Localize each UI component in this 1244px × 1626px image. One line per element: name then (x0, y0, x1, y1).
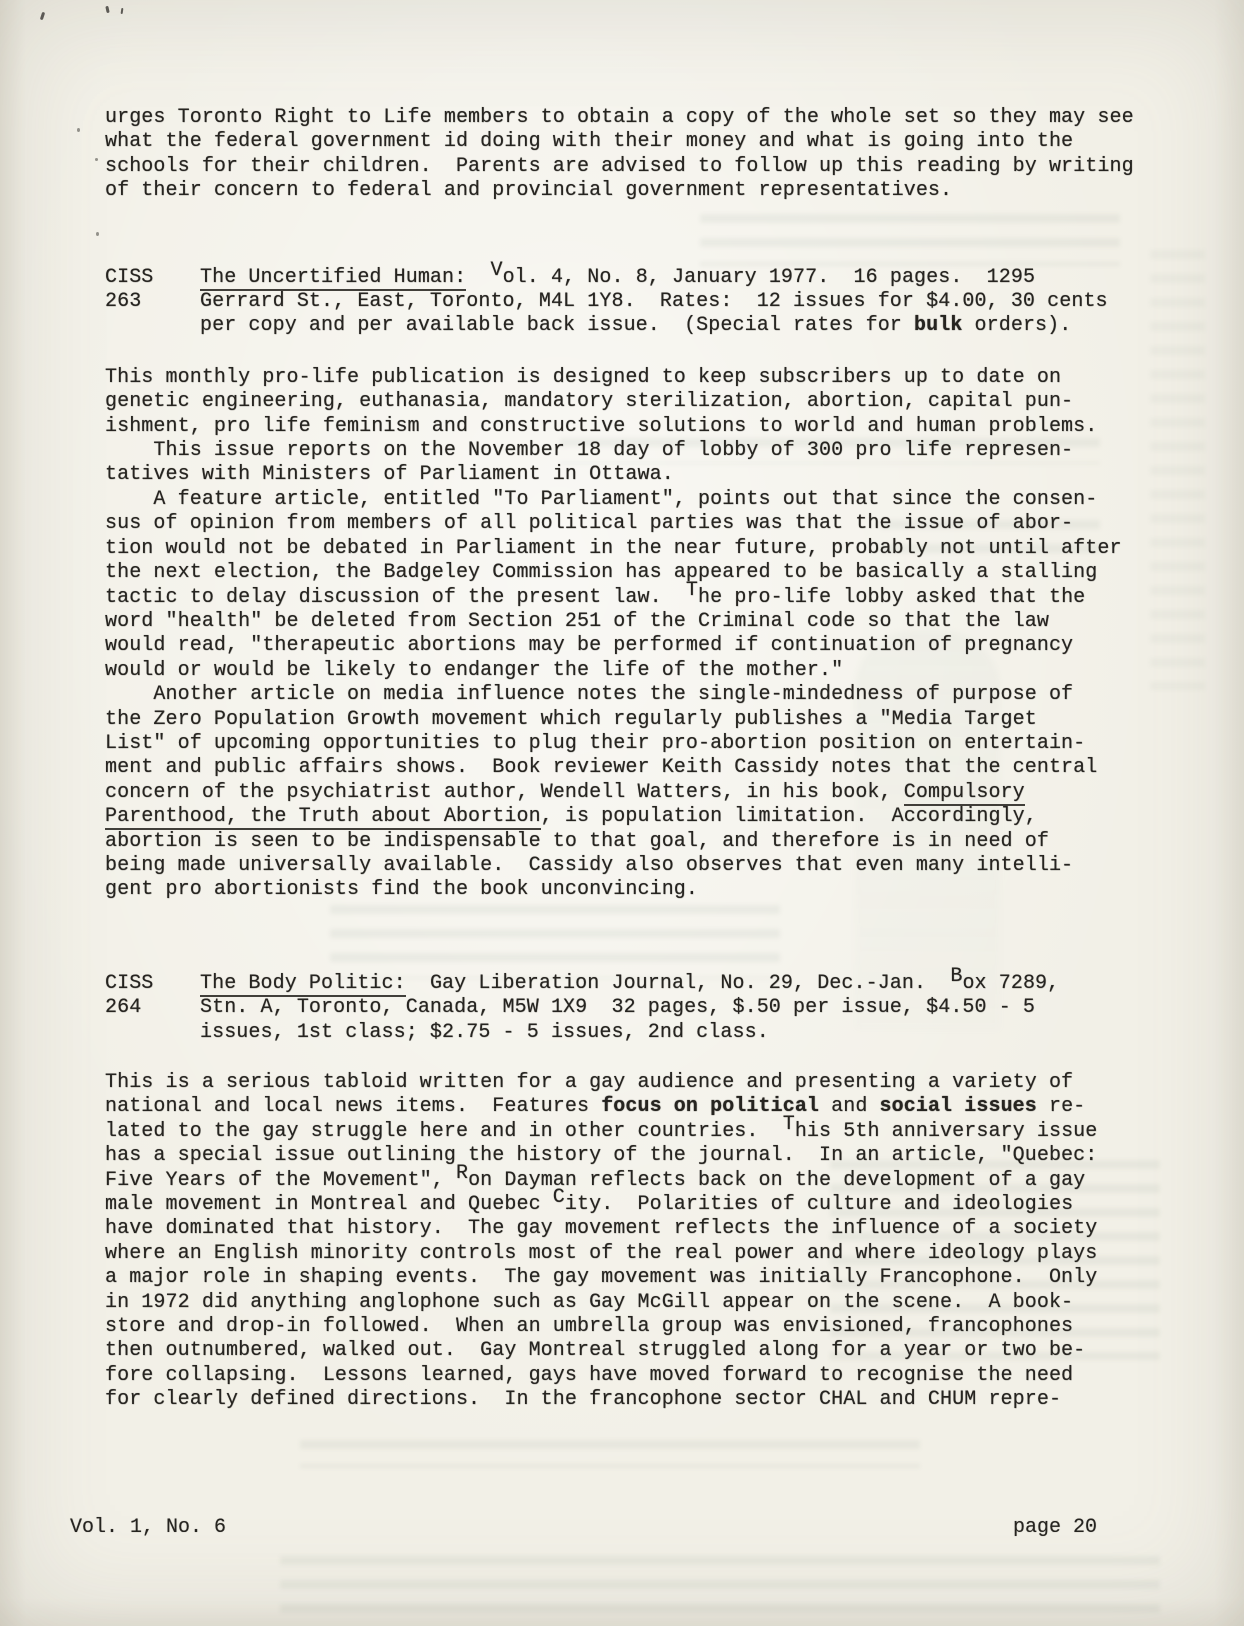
page-body: urges Toronto Right to Life members to o… (105, 106, 1150, 1413)
intro-paragraph: urges Toronto Right to Life members to o… (105, 106, 1150, 204)
entry-code-prefix: CISS (105, 972, 200, 996)
scan-speck (121, 8, 124, 14)
text-line: have dominated that history. The gay mov… (105, 1217, 1150, 1241)
text-line: ishment, pro life feminism and construct… (105, 415, 1150, 439)
text-line: tatives with Ministers of Parliament in … (105, 463, 1150, 487)
text-line: The Body Politic: Gay Liberation Journal… (200, 972, 1059, 996)
page-footer: Vol. 1, No. 6 page 20 (70, 1516, 1097, 1540)
bleed-through-artifact (300, 1440, 920, 1468)
text-line: in 1972 did anything anglophone such as … (105, 1291, 1150, 1315)
paragraph: A feature article, entitled "To Parliame… (105, 488, 1150, 683)
text-line: Parenthood, the Truth about Abortion, is… (105, 805, 1150, 829)
footer-page-number: page 20 (1013, 1516, 1097, 1540)
scanned-document-page: urges Toronto Right to Life members to o… (0, 0, 1244, 1626)
text-line: would read, "therapeutic abortions may b… (105, 634, 1150, 658)
text-line: what the federal government id doing wit… (105, 130, 1150, 154)
text-line: schools for their children. Parents are … (105, 155, 1150, 179)
entry-code-number: 264 (105, 996, 200, 1020)
text-line: store and drop-in followed. When an umbr… (105, 1315, 1150, 1339)
text-line: concern of the psychiatrist author, Wend… (105, 781, 1150, 805)
text-line: This issue reports on the November 18 da… (105, 439, 1150, 463)
entry-ciss-263: CISS 263 The Uncertified Human: Vol. 4, … (105, 266, 1150, 339)
text-line: would or would be likely to endanger the… (105, 659, 1150, 683)
text-line: the next election, the Badgeley Commissi… (105, 561, 1150, 585)
bleed-through-artifact (1150, 250, 1205, 690)
paragraph: This monthly pro-life publication is des… (105, 366, 1150, 439)
entry-citation: The Body Politic: Gay Liberation Journal… (200, 972, 1059, 1045)
text-line: genetic engineering, euthanasia, mandato… (105, 390, 1150, 414)
text-line: a major role in shaping events. The gay … (105, 1266, 1150, 1290)
text-line: This monthly pro-life publication is des… (105, 366, 1150, 390)
text-line: Another article on media influence notes… (105, 683, 1150, 707)
text-line: tion would not be debated in Parliament … (105, 537, 1150, 561)
text-line: word "health" be deleted from Section 25… (105, 610, 1150, 634)
review-ciss-264: This is a serious tabloid written for a … (105, 1071, 1150, 1413)
text-line: per copy and per available back issue. (… (200, 314, 1108, 338)
scan-speck (40, 12, 45, 21)
text-line: where an English minority controls most … (105, 1242, 1150, 1266)
text-line: This is a serious tabloid written for a … (105, 1071, 1150, 1095)
text-line: urges Toronto Right to Life members to o… (105, 106, 1150, 130)
footer-volume-label: Vol. 1, No. 6 (70, 1516, 226, 1540)
paragraph: This is a serious tabloid written for a … (105, 1071, 1150, 1413)
text-line: then outnumbered, walked out. Gay Montre… (105, 1339, 1150, 1363)
scan-speck (105, 6, 109, 13)
text-line: being made universally available. Cassid… (105, 854, 1150, 878)
text-line: fore collapsing. Lessons learned, gays h… (105, 1364, 1150, 1388)
paragraph: This issue reports on the November 18 da… (105, 439, 1150, 488)
text-line: A feature article, entitled "To Parliame… (105, 488, 1150, 512)
paragraph: Another article on media influence notes… (105, 683, 1150, 903)
text-line: List" of upcoming opportunities to plug … (105, 732, 1150, 756)
text-line: ment and public affairs shows. Book revi… (105, 756, 1150, 780)
text-line: abortion is seen to be indispensable to … (105, 830, 1150, 854)
text-line: tactic to delay discussion of the presen… (105, 586, 1150, 610)
text-line: issues, 1st class; $2.75 - 5 issues, 2nd… (200, 1021, 1059, 1045)
text-line: Gerrard St., East, Toronto, M4L 1Y8. Rat… (200, 290, 1108, 314)
entry-code-prefix: CISS (105, 266, 200, 290)
entry-code: CISS 264 (105, 972, 200, 1045)
text-line: national and local news items. Features … (105, 1095, 1150, 1119)
text-line: Five Years of the Movement", Ron Dayman … (105, 1169, 1150, 1193)
entry-ciss-264: CISS 264 The Body Politic: Gay Liberatio… (105, 972, 1150, 1045)
scan-speck (96, 232, 99, 236)
scan-speck (95, 158, 98, 161)
text-line: male movement in Montreal and Quebec Cit… (105, 1193, 1150, 1217)
text-line: The Uncertified Human: Vol. 4, No. 8, Ja… (200, 266, 1108, 290)
entry-citation: The Uncertified Human: Vol. 4, No. 8, Ja… (200, 266, 1108, 339)
text-line: has a special issue outlining the histor… (105, 1144, 1150, 1168)
text-line: of their concern to federal and provinci… (105, 179, 1150, 203)
text-line: the Zero Population Growth movement whic… (105, 708, 1150, 732)
review-ciss-263: This monthly pro-life publication is des… (105, 366, 1150, 903)
scan-speck (77, 128, 80, 132)
text-line: for clearly defined directions. In the f… (105, 1388, 1150, 1412)
bleed-through-artifact (280, 1556, 1160, 1614)
entry-code-number: 263 (105, 290, 200, 314)
text-line: lated to the gay struggle here and in ot… (105, 1120, 1150, 1144)
text-line: sus of opinion from members of all polit… (105, 512, 1150, 536)
entry-code: CISS 263 (105, 266, 200, 339)
text-line: Stn. A, Toronto, Canada, M5W 1X9 32 page… (200, 996, 1059, 1020)
text-line: gent pro abortionists find the book unco… (105, 878, 1150, 902)
